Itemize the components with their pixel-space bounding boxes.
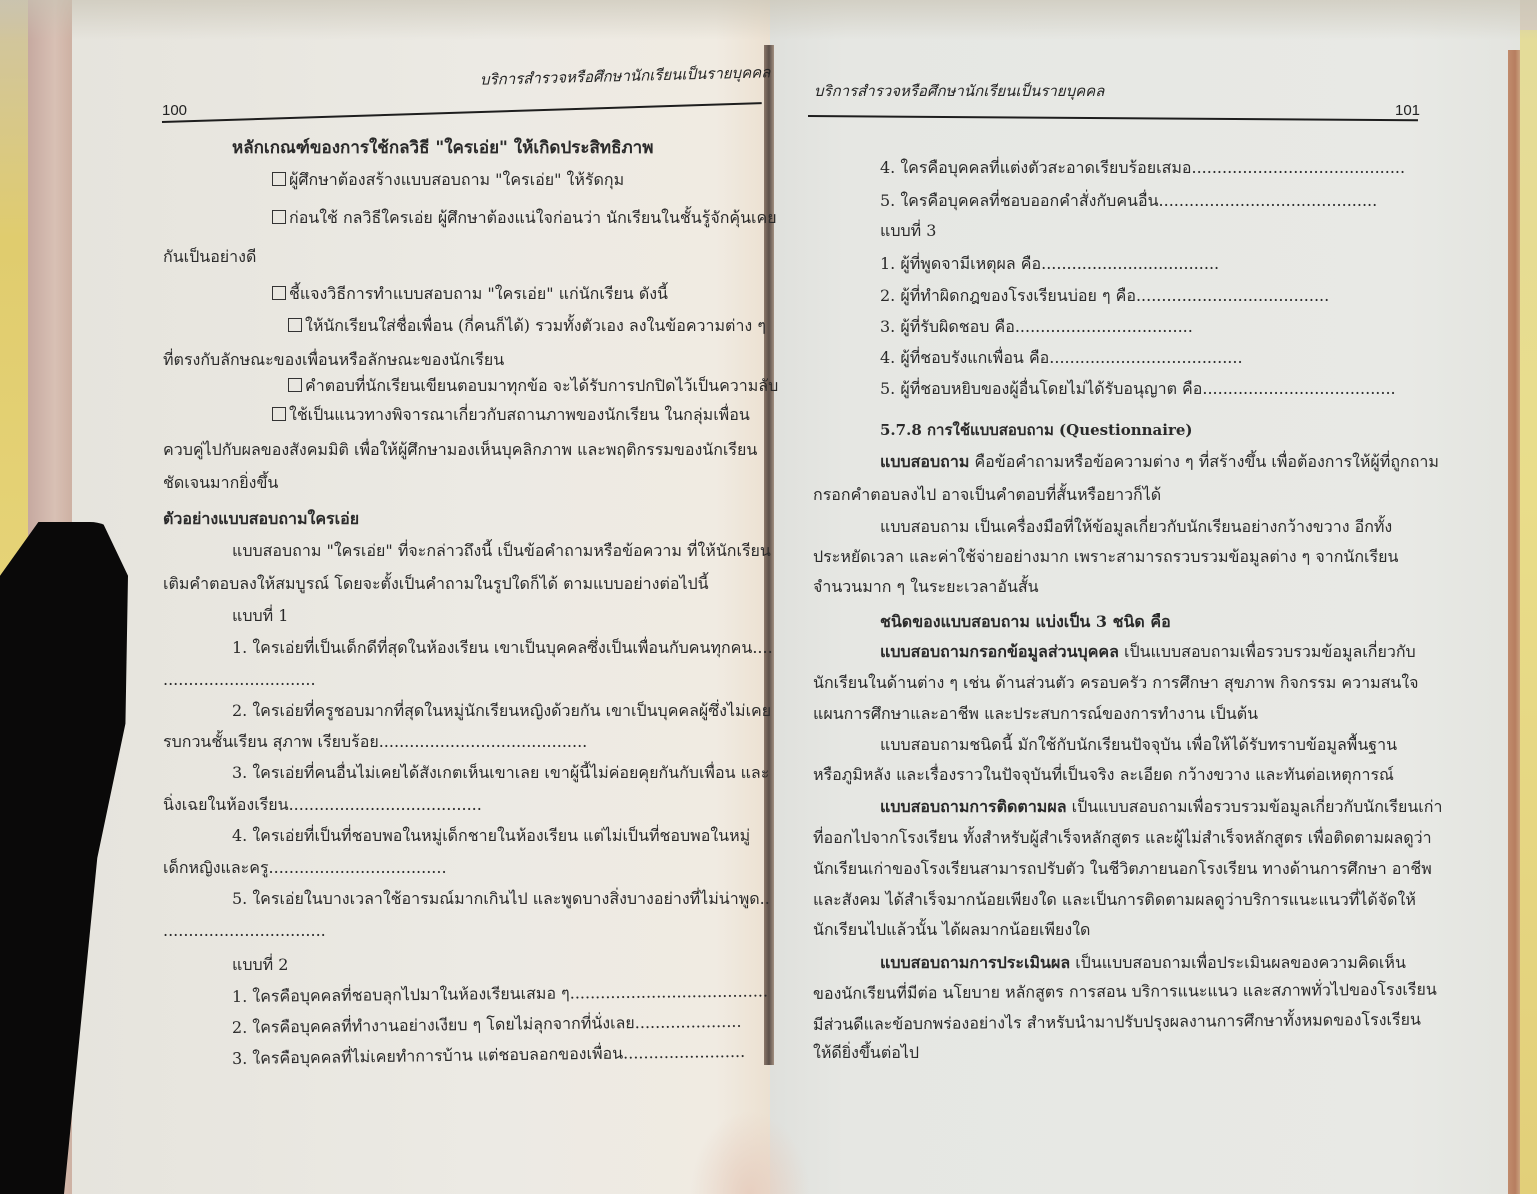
type1-line: หรือภูมิหลัง และเรื่องราวในปัจจุบันที่เป… xyxy=(813,765,1394,785)
form3-item: 5. ผู้ที่ชอบหยิบของผู้อื่นโดยไม่ได้รับอน… xyxy=(880,379,1396,399)
principle-continued: ควบคู่ไปกับผลของสังคมมิติ เพื่อให้ผู้ศึก… xyxy=(163,440,757,460)
type1-line: แบบสอบถามชนิดนี้ มักใช้กับนักเรียนปัจจุบ… xyxy=(880,735,1397,755)
type2-line: และสังคม ได้สำเร็จมากน้อยเพียงใด และเป็น… xyxy=(813,890,1416,910)
benefit-line: จำนวนมาก ๆ ในระยะเวลาอันสั้น xyxy=(813,577,1039,597)
page-stack-right xyxy=(1508,50,1520,1194)
type2-line: ที่ออกไปจากโรงเรียน ทั้งสำหรับผู้สำเร็จห… xyxy=(813,828,1432,848)
form1-item: 2. ใครเอ่ยที่ครูชอบมากที่สุดในหมู่นักเรี… xyxy=(232,701,771,721)
form1-item-continued: นิ่งเฉยในห้องเรียน......................… xyxy=(163,795,482,815)
principle-subitem: ให้นักเรียนใส่ชื่อเพื่อน (กี่คนก็ได้) รว… xyxy=(288,316,766,336)
type1-line: นักเรียนในด้านต่าง ๆ เช่น ด้านส่วนตัว คร… xyxy=(813,673,1419,693)
form2-item: 4. ใครคือบุคคลที่แต่งตัวสะอาดเรียบร้อยเส… xyxy=(880,158,1405,178)
checkbox-icon xyxy=(272,210,286,224)
principle-item: ชี้แจงวิธีการทำแบบสอบถาม "ใครเอ่ย" แก่นั… xyxy=(272,284,668,304)
type3-line: แบบสอบถามการประเมินผล เป็นแบบสอบถามเพื่อ… xyxy=(880,953,1406,973)
form3-item: 1. ผู้ที่พูดจามีเหตุผล คือ..............… xyxy=(880,254,1219,274)
top-shadow xyxy=(0,0,1537,40)
type2-line: แบบสอบถามการติดตามผล เป็นแบบสอบถามเพื่อร… xyxy=(880,797,1442,817)
principle-item: ผู้ศึกษาต้องสร้างแบบสอบถาม "ใครเอ่ย" ให้… xyxy=(272,170,624,190)
example-intro: แบบสอบถาม "ใครเอ่ย" ที่จะกล่าวถึงนี้ เป็… xyxy=(232,541,771,561)
right-running-head: บริการสำรวจหรือศึกษานักเรียนเป็นรายบุคคล xyxy=(814,79,1104,103)
types-heading: ชนิดของแบบสอบถาม แบ่งเป็น 3 ชนิด คือ xyxy=(880,612,1171,632)
type1-line: แบบสอบถามกรอกข้อมูลส่วนบุคคล เป็นแบบสอบถ… xyxy=(880,642,1416,662)
form3-item: 2. ผู้ที่ทำผิดกฎของโรงเรียนบ่อย ๆ คือ...… xyxy=(880,286,1329,306)
form3-item: 4. ผู้ที่ชอบรังแกเพื่อน คือ.............… xyxy=(880,348,1243,368)
form2-item: 5. ใครคือบุคคลที่ชอบออกคำสั่งกับคนอื่น..… xyxy=(880,191,1377,211)
section-heading-5-7-8: 5.7.8 การใช้แบบสอบถาม (Questionnaire) xyxy=(880,420,1193,440)
type3-line: ให้ดียิ่งขึ้นต่อไป xyxy=(813,1043,919,1063)
principle-continued: ชัดเจนมากยิ่งขึ้น xyxy=(163,473,278,493)
left-page-number: 100 xyxy=(162,102,187,119)
form1-item-continued: เด็กหญิงและครู..........................… xyxy=(163,858,447,878)
checkbox-icon xyxy=(272,407,286,421)
principle-subitem: คำตอบที่นักเรียนเขียนตอบมาทุกข้อ จะได้รั… xyxy=(288,376,778,396)
type2-line: นักเรียนเก่าของโรงเรียนสามารถปรับตัว ในช… xyxy=(813,859,1432,879)
book-outer-edge-right xyxy=(1520,30,1537,1194)
definition-line: กรอกคำตอบลงไป อาจเป็นคำตอบที่สั้นหรือยาว… xyxy=(813,485,1161,505)
example-title: ตัวอย่างแบบสอบถามใครเอ่ย xyxy=(163,509,359,529)
form3-item: 3. ผู้ที่รับผิดชอบ คือ..................… xyxy=(880,317,1193,337)
example-intro: เติมคำตอบลงให้สมบูรณ์ โดยจะตั้งเป็นคำถาม… xyxy=(163,574,709,594)
right-page-number: 101 xyxy=(1395,102,1420,119)
form3-title: แบบที่ 3 xyxy=(880,221,936,241)
bottom-fold xyxy=(690,1110,810,1194)
checkbox-icon xyxy=(288,318,302,332)
definition-line: แบบสอบถาม คือข้อคำถามหรือข้อความต่าง ๆ ท… xyxy=(880,452,1439,472)
form1-title: แบบที่ 1 xyxy=(232,606,288,626)
form1-item: 5. ใครเอ่ยในบางเวลาใช้อารมณ์มากเกินไป แล… xyxy=(232,889,770,909)
form1-item-continued: .............................. xyxy=(163,670,316,690)
benefit-line: แบบสอบถาม เป็นเครื่องมือที่ให้ข้อมูลเกี่… xyxy=(880,517,1392,537)
benefit-line: ประหยัดเวลา และค่าใช้จ่ายอย่างมาก เพราะส… xyxy=(813,547,1398,567)
form1-item: 4. ใครเอ่ยที่เป็นที่ชอบพอในหมู่เด็กชายใน… xyxy=(232,826,750,846)
form1-item-continued: ................................ xyxy=(163,921,326,941)
checkbox-icon xyxy=(288,378,302,392)
form1-item: 3. ใครเอ่ยที่คนอื่นไม่เคยได้สังเกตเห็นเข… xyxy=(232,763,769,783)
type2-line: นักเรียนไปแล้วนั้น ได้ผลมากน้อยเพียงใด xyxy=(813,920,1090,940)
principle-item: ใช้เป็นแนวทางพิจารณาเกี่ยวกับสถานภาพของน… xyxy=(272,405,750,425)
checkbox-icon xyxy=(272,286,286,300)
principle-continued: ที่ตรงกับลักษณะของเพื่อนหรือลักษณะของนัก… xyxy=(163,350,504,370)
principle-continued: กันเป็นอย่างดี xyxy=(163,247,256,267)
form1-item: 1. ใครเอ่ยที่เป็นเด็กดีที่สุดในห้องเรียน… xyxy=(232,638,773,658)
type1-line: แผนการศึกษาและอาชีพ และประสบการณ์ของการท… xyxy=(813,704,1258,724)
section-title: หลักเกณฑ์ของการใช้กลวิธี "ใครเอ่ย" ให้เก… xyxy=(232,138,653,158)
principle-item: ก่อนใช้ กลวิธีใครเอ่ย ผู้ศึกษาต้องแน่ใจก… xyxy=(272,208,777,228)
checkbox-icon xyxy=(272,172,286,186)
form1-item-continued: รบกวนชั้นเรียน สุภาพ เรียบร้อย..........… xyxy=(163,732,587,752)
form2-title: แบบที่ 2 xyxy=(232,955,288,975)
